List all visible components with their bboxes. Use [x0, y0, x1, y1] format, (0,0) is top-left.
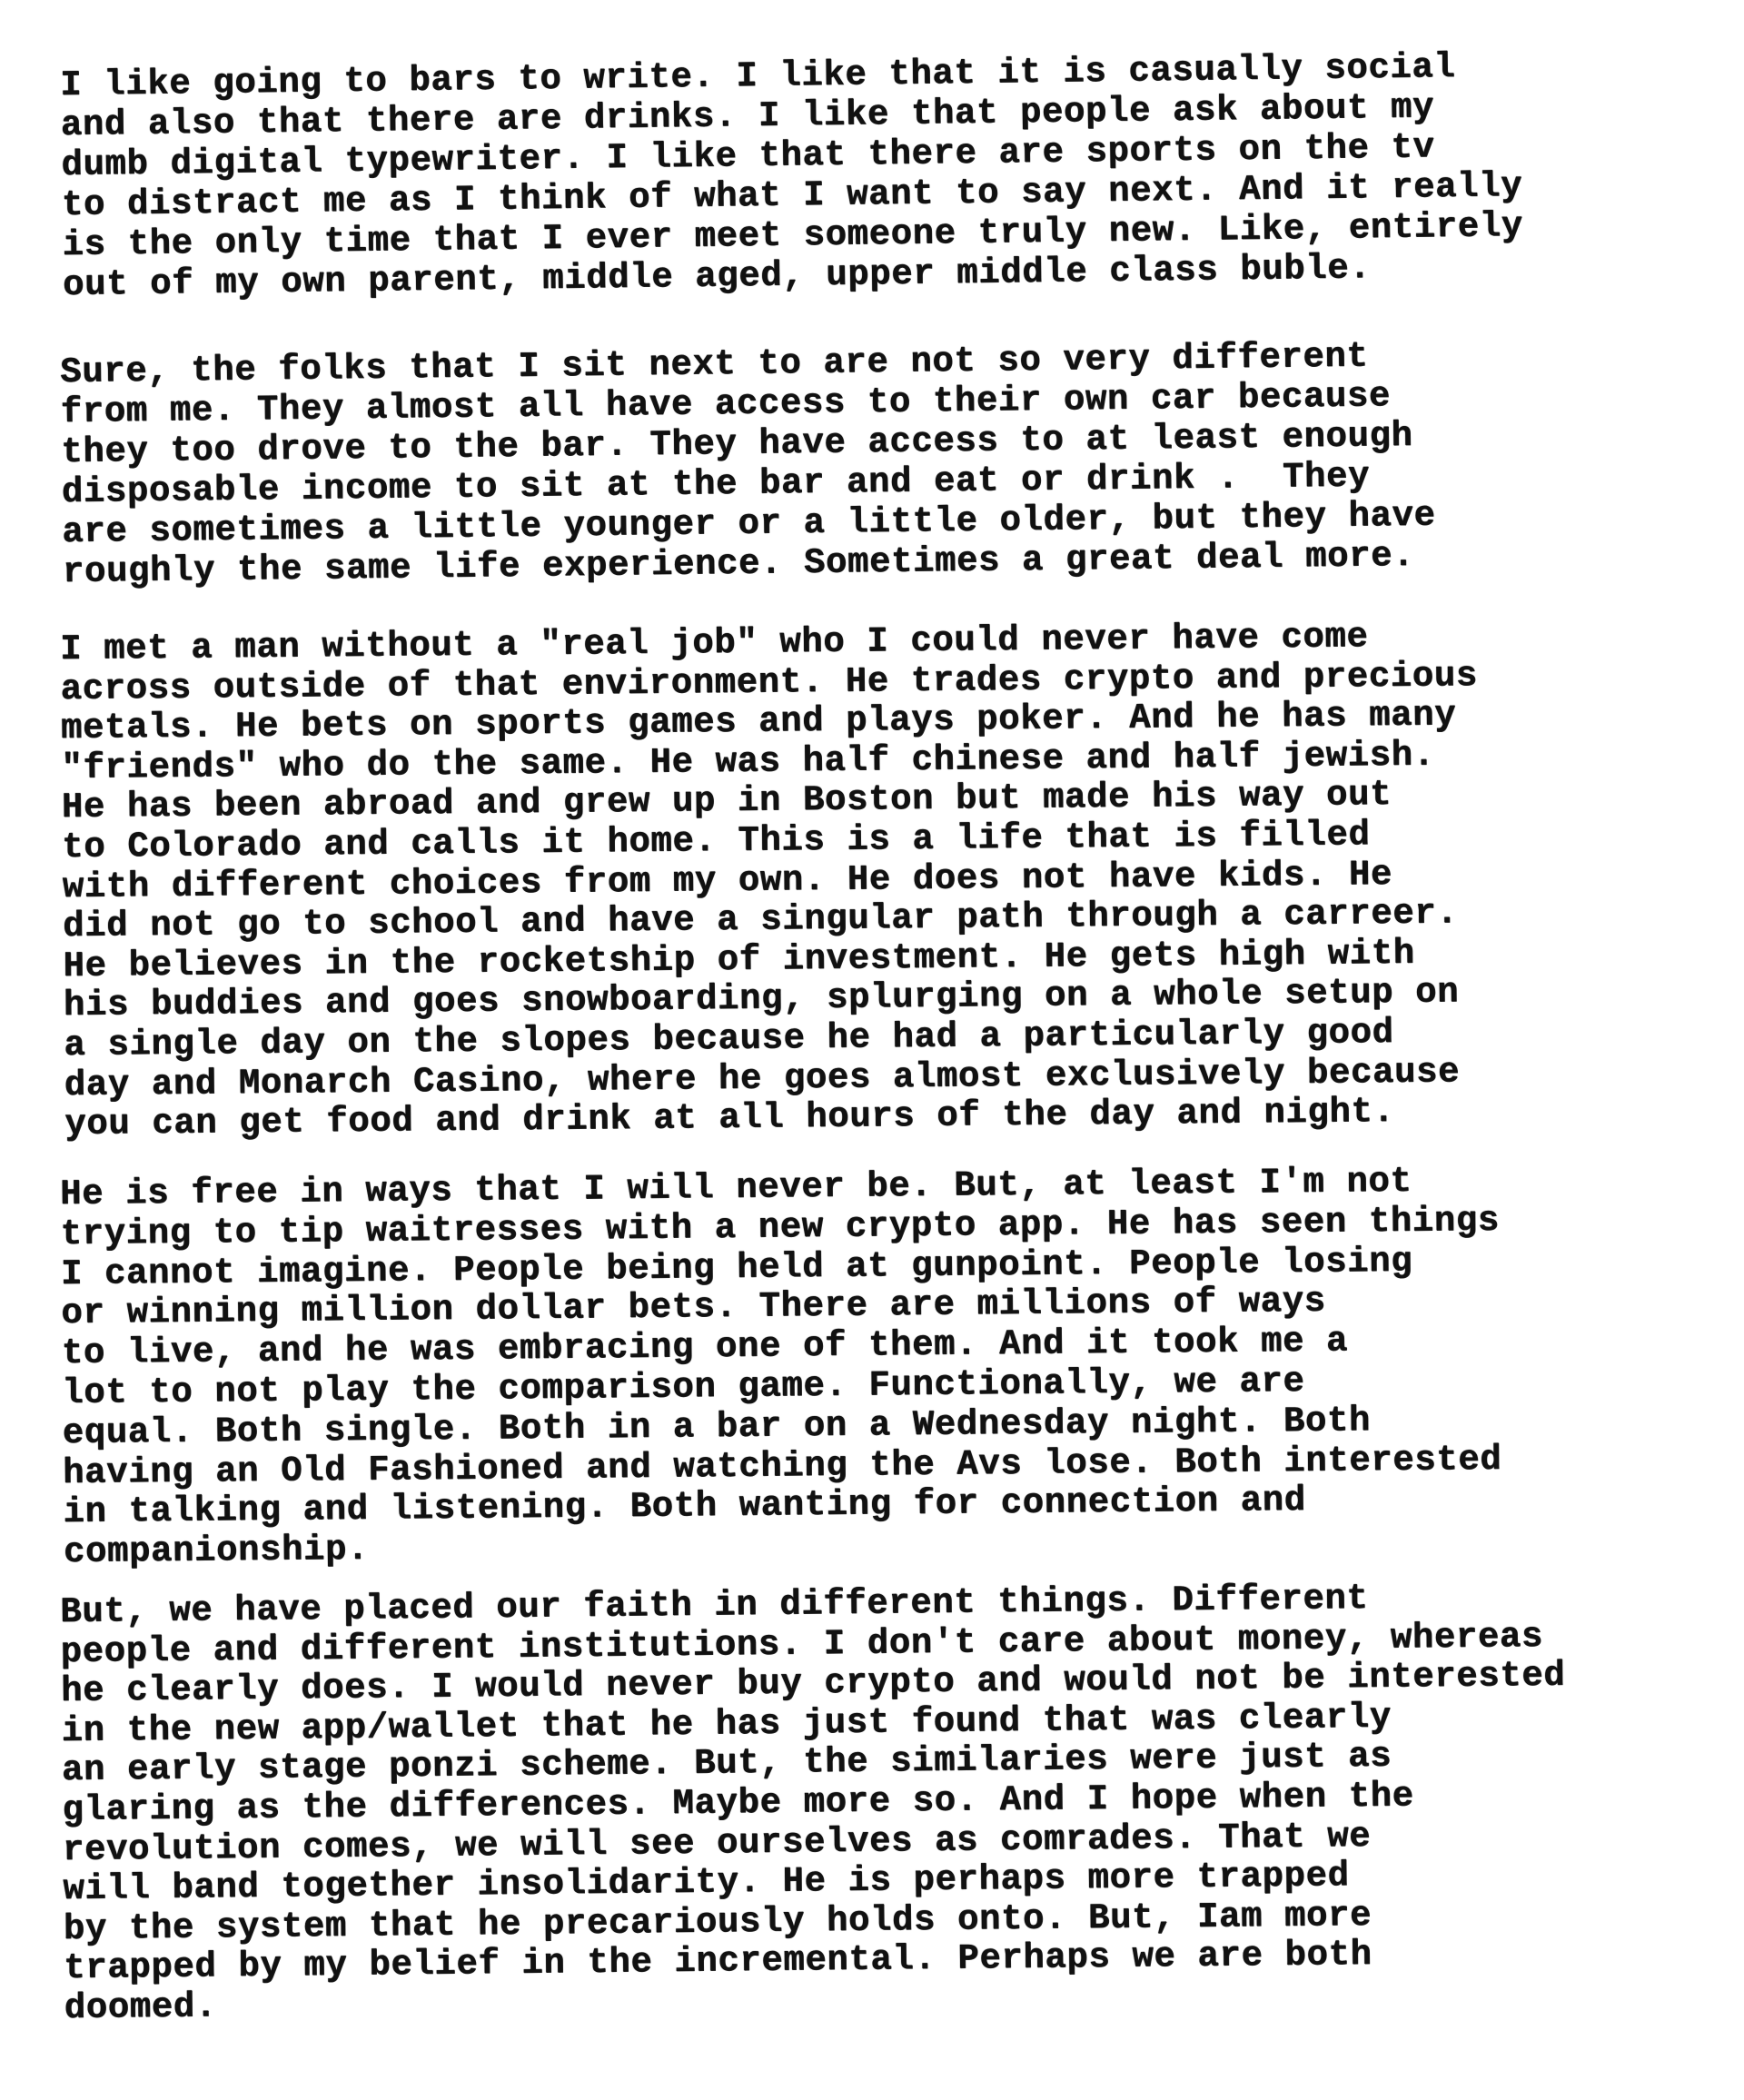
typewritten-page: I like going to bars to write. I like th…: [0, 0, 1744, 2100]
paragraph-man: I met a man without a "real job" who I c…: [60, 615, 1699, 1145]
paragraph-faith: But, we have placed our faith in differe…: [60, 1576, 1699, 2028]
paragraph-free: He is free in ways that I will never be.…: [60, 1160, 1699, 1573]
paragraph-folks: Sure, the folks that I sit next to are n…: [60, 332, 1698, 592]
paragraph-bars: I like going to bars to write. I like th…: [60, 44, 1698, 305]
